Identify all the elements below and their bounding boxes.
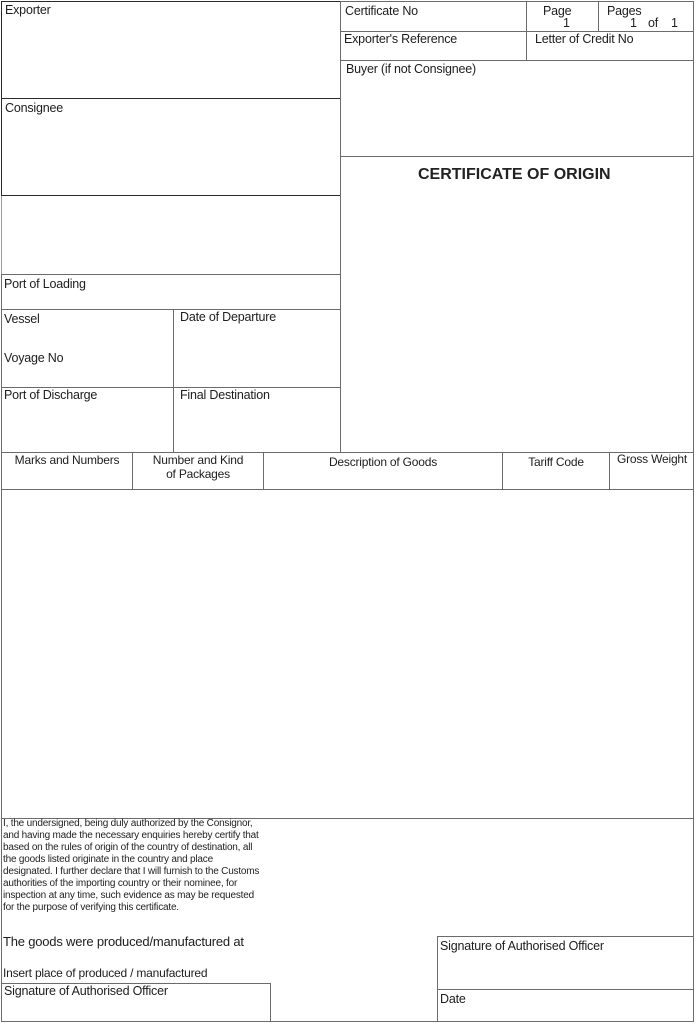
signature-left-label: Signature of Authorised Officer [4, 984, 168, 998]
consignee-label: Consignee [5, 101, 63, 115]
page-value: 1 [563, 16, 570, 30]
header-marks-and-numbers: Marks and Numbers [1, 453, 133, 467]
page-field[interactable]: Page 1 [526, 1, 599, 32]
letter-of-credit-field[interactable]: Letter of Credit No [526, 31, 694, 61]
exporters-reference-field[interactable]: Exporter's Reference [340, 31, 527, 61]
signature-right-label: Signature of Authorised Officer [440, 939, 604, 953]
port-of-discharge-label: Port of Discharge [4, 388, 97, 402]
header-description: Description of Goods [263, 455, 503, 469]
port-of-loading-field[interactable]: Port of Loading [1, 274, 341, 310]
goods-table-body[interactable] [1, 489, 694, 819]
vessel-label: Vessel [4, 312, 40, 326]
letter-of-credit-label: Letter of Credit No [535, 32, 633, 46]
header-marks-line-1: Marks and Numbers [1, 453, 133, 467]
buyer-field[interactable]: Buyer (if not Consignee) [340, 60, 694, 157]
buyer-label: Buyer (if not Consignee) [346, 62, 476, 76]
pages-of: of [648, 16, 658, 30]
final-destination-label: Final Destination [180, 388, 270, 402]
header-gross-line-1: Gross Weight [610, 452, 694, 466]
date-of-departure-label: Date of Departure [180, 310, 276, 324]
header-gross-weight: Gross Weight [610, 452, 694, 466]
header-description-line-1: Description of Goods [263, 455, 503, 469]
pages-current: 1 [630, 16, 637, 30]
pages-total: 1 [671, 16, 678, 30]
produced-at-label: The goods were produced/manufactured at [3, 935, 244, 949]
signature-left-field[interactable]: Signature of Authorised Officer [1, 983, 271, 1022]
date-field[interactable]: Date [437, 989, 694, 1022]
certificate-no-field[interactable]: Certificate No [340, 1, 527, 32]
title-panel [340, 156, 694, 453]
certificate-no-label: Certificate No [345, 4, 418, 18]
header-tariff-code: Tariff Code [502, 455, 610, 469]
port-of-loading-label: Port of Loading [4, 277, 86, 291]
final-destination-field[interactable]: Final Destination [173, 387, 341, 453]
signature-right-field[interactable]: Signature of Authorised Officer [437, 936, 694, 990]
header-tariff-line-1: Tariff Code [502, 455, 610, 469]
header-number-line-2: of Packages [132, 467, 264, 481]
declaration-text: I, the undersigned, being duly authorize… [3, 818, 265, 914]
header-number-and-kind: Number and Kind of Packages [132, 453, 264, 481]
date-of-departure-field[interactable]: Date of Departure [173, 309, 341, 388]
date-label: Date [440, 992, 466, 1006]
insert-place-field[interactable]: Insert place of produced / manufactured [3, 966, 207, 980]
document-title: CERTIFICATE OF ORIGIN [418, 166, 611, 184]
port-of-discharge-field[interactable]: Port of Discharge [1, 387, 174, 453]
consignee-field[interactable]: Consignee [1, 98, 341, 196]
header-number-line-1: Number and Kind [132, 453, 264, 467]
exporter-label: Exporter [5, 3, 51, 17]
voyage-no-label: Voyage No [4, 351, 63, 365]
exporter-field[interactable]: Exporter [1, 1, 341, 99]
exporters-reference-label: Exporter's Reference [344, 32, 457, 46]
vessel-field[interactable]: Vessel Voyage No [1, 309, 174, 388]
pages-field[interactable]: Pages 1 of 1 [598, 1, 694, 32]
